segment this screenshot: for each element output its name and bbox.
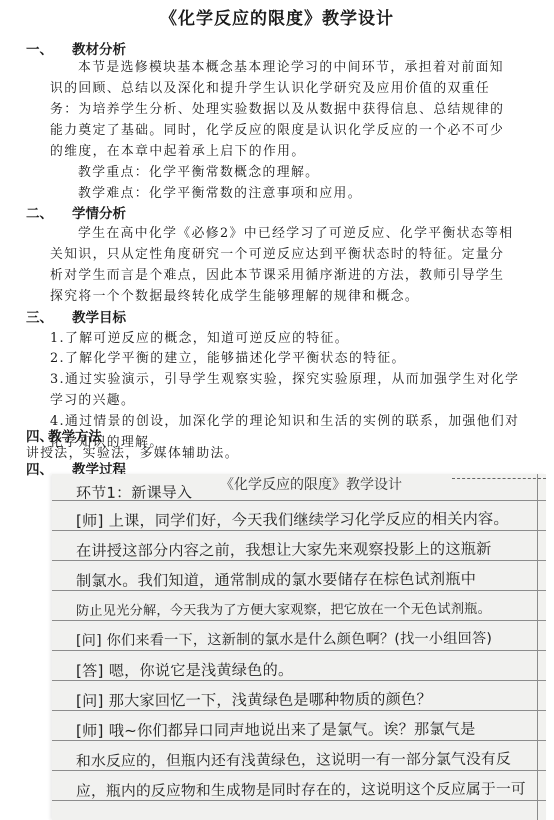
teaching-focus: 教学重点：化学平衡常数概念的理解。 bbox=[78, 161, 319, 180]
section-number: 四、 bbox=[26, 458, 53, 478]
handwritten-line: 在讲授这部分内容之前，我想让大家先来观察投影上的这瓶新 bbox=[76, 538, 492, 561]
section-number: 二、 bbox=[26, 202, 53, 222]
section-title: 学情分析 bbox=[72, 202, 126, 222]
section-number: 三、 bbox=[26, 306, 53, 326]
handwritten-line: 应，瓶内的反应物和生成物是同时存在的，这说明这个反应属于一可 bbox=[76, 778, 526, 801]
handwritten-line: [师] 哦~你们都异口同声地说出来了是氯气。诶？那氯气是 bbox=[76, 718, 476, 741]
handwritten-line: [答] 嗯，你说它是浅黄绿色的。 bbox=[76, 659, 293, 681]
teaching-difficulty: 教学难点：化学平衡常数的注意事项和应用。 bbox=[78, 182, 362, 201]
objective-line: 2.了解化学平衡的建立，能够描述化学平衡状态的特征。 bbox=[50, 347, 406, 366]
paragraph-line: 的维度，在本章中起着承上启下的作用。 bbox=[50, 140, 306, 159]
ruled-line bbox=[52, 620, 546, 621]
objective-line: 4.通过情景的创设，加深化学的理论知识和生活的实例的联系，加强他们对 bbox=[50, 410, 519, 429]
paragraph-line: 务：为培养学生分析、处理实验数据以及从数据中获得信息、总结规律的 bbox=[50, 98, 504, 117]
objective-line: 1.了解可逆反应的概念，知道可逆反应的特征。 bbox=[50, 327, 349, 346]
handwritten-line: 和水反应的，但瓶内还有浅黄绿色，这说明一有一部分氯气没有反 bbox=[76, 748, 511, 771]
handwritten-line: [问] 你们来看一下，这新制的氯水是什么颜色啊？(找一小组回答) bbox=[76, 628, 492, 650]
section-title: 教材分析 bbox=[72, 38, 126, 58]
handwritten-line: 环节1：新课导入 bbox=[76, 481, 192, 503]
paragraph-line: 能力奠定了基础。同时，化学反应的限度是认识化学反应的一个必不可少 bbox=[50, 119, 504, 138]
notebook-top-dashes bbox=[452, 478, 546, 479]
method-line: 讲授法，实验法，多媒体辅助法。 bbox=[26, 442, 239, 461]
section-title: 教学目标 bbox=[72, 306, 126, 326]
paragraph-line: 本节是选修模块基本概念基本理论学习的中间环节，承担着对前面知 bbox=[78, 56, 504, 75]
handwritten-line: 制氯水。我们知道，通常制成的氯水要储存在棕色试剂瓶中 bbox=[76, 568, 476, 591]
paragraph-line: 探究将一个个数据最终转化成学生能够理解的规律和概念。 bbox=[50, 285, 419, 304]
paragraph-line: 关知识，只从定性角度研究一个可逆反应达到平衡状态时的特征。定量分 bbox=[50, 243, 504, 262]
handwritten-line: [师] 上课，同学们好，今天我们继续学习化学反应的相关内容。 bbox=[76, 508, 509, 531]
document-title: 《化学反应的限度》教学设计 bbox=[0, 4, 554, 29]
handwritten-line: [问] 那大家回忆一下，浅黄绿色是哪种物质的颜色？ bbox=[76, 688, 432, 711]
handwritten-title: 《化学反应的限度》教学设计 bbox=[220, 474, 402, 494]
section-number: 一、 bbox=[26, 38, 53, 58]
objective-line: 学习的兴趣。 bbox=[50, 389, 135, 408]
ruled-line bbox=[52, 650, 546, 651]
handwritten-notebook-image: 《化学反应的限度》教学设计 环节1：新课导入 [师] 上课，同学们好，今天我们继… bbox=[52, 474, 546, 820]
objective-line: 3.通过实验演示，引导学生观察实验，探究实验原理，从而加强学生对化学 bbox=[50, 368, 519, 387]
handwritten-line: 防止见光分解，今天我为了方便大家观察，把它放在一个无色试剂瓶。 bbox=[76, 598, 491, 619]
paragraph-line: 析对学生而言是个难点，因此本节课采用循序渐进的方法，教师引导学生 bbox=[50, 264, 504, 283]
notebook-margin-line bbox=[537, 474, 538, 820]
paragraph-line: 识的回顾、总结以及深化和提升学生认识化学研究及应用价值的双重任 bbox=[50, 77, 490, 96]
paragraph-line: 学生在高中化学《必修2》中已经学习了可逆反应、化学平衡状态等相 bbox=[78, 222, 513, 241]
